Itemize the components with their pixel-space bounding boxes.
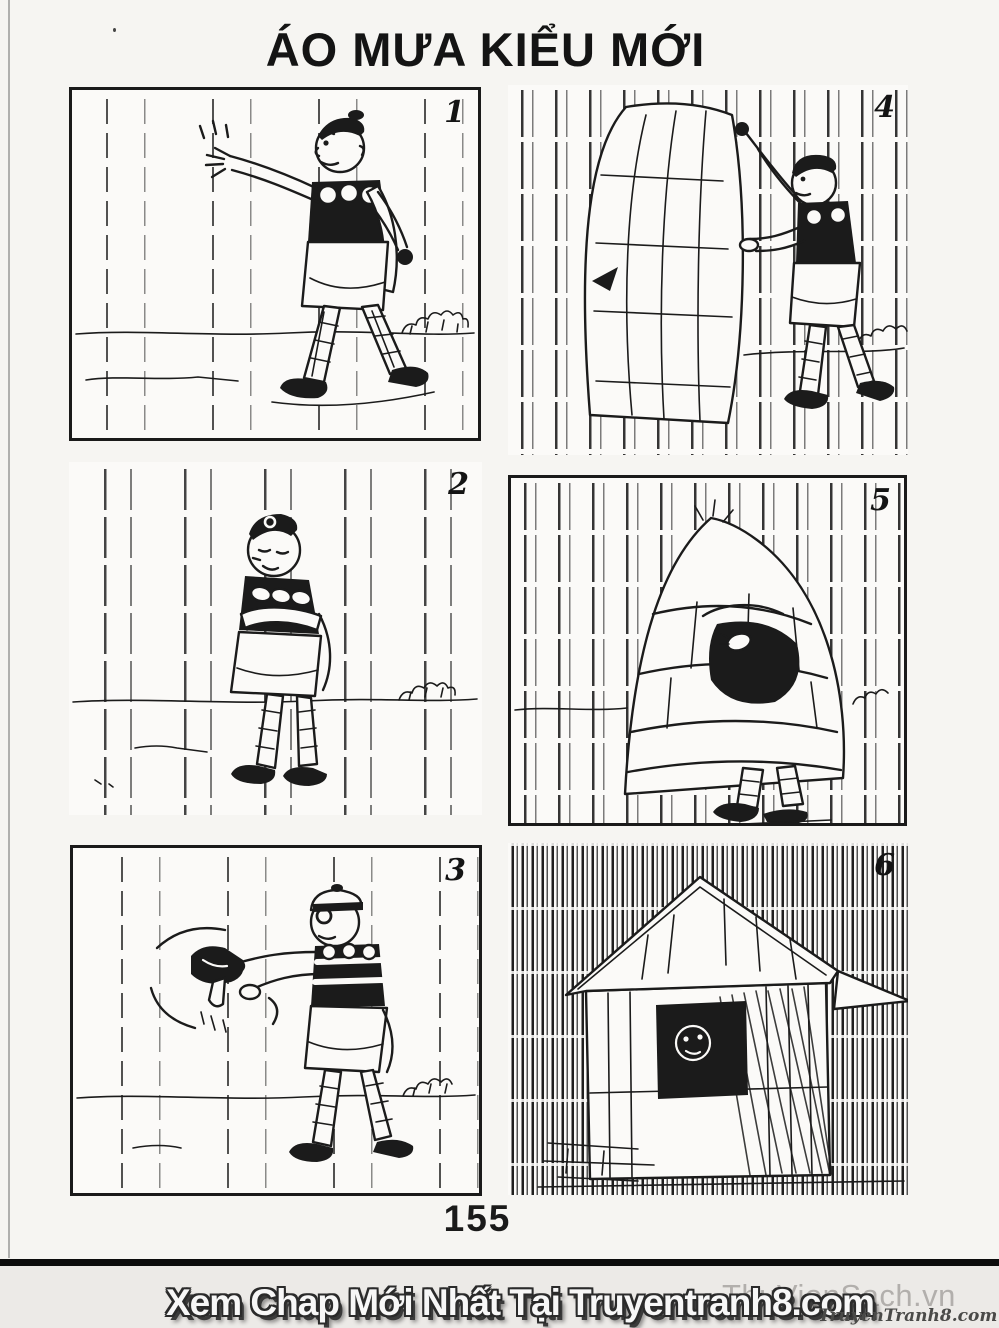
man-wringing-cap bbox=[151, 884, 413, 1162]
panel-number: 2 bbox=[448, 467, 469, 502]
woven-mat bbox=[585, 103, 743, 423]
comic-panel-1: 1 bbox=[69, 87, 481, 441]
panel-3-illustration bbox=[73, 848, 479, 1193]
motion-arc bbox=[151, 988, 195, 1028]
man-wrapped-in-mat bbox=[625, 500, 844, 794]
comic-panel-3: 3 bbox=[70, 845, 482, 1196]
raindrop-ticks bbox=[200, 121, 228, 138]
ground bbox=[77, 1079, 475, 1148]
promo-banner-link[interactable]: Xem Chap Mới Nhất Tại Truyentranh8.com bbox=[166, 1282, 874, 1324]
page-title: ÁO MƯA KIỂU MỚI bbox=[0, 22, 985, 77]
motion-arc bbox=[157, 928, 225, 948]
panel-number: 6 bbox=[874, 848, 895, 883]
comic-panel-4: 4 bbox=[508, 85, 908, 455]
footer-banner: Xem Chap Mới Nhất Tại Truyentranh8.com T… bbox=[0, 1266, 999, 1328]
divider-rule bbox=[0, 1259, 999, 1266]
comic-panel-6: 6 bbox=[508, 843, 908, 1195]
watermark-truyentranh8: TruyenTranh8.com bbox=[818, 1306, 997, 1326]
panel-6-illustration bbox=[508, 843, 908, 1195]
man-holding-mat bbox=[735, 122, 894, 409]
panel-1-illustration bbox=[72, 90, 478, 438]
scan-edge-line bbox=[8, 0, 10, 1258]
comic-page: ÁO MƯA KIỂU MỚI bbox=[0, 0, 999, 1328]
panel-4-illustration bbox=[508, 85, 908, 455]
drips bbox=[201, 1012, 226, 1032]
page-number: 155 bbox=[0, 1198, 977, 1240]
comic-panel-5: 5 bbox=[508, 475, 907, 826]
panel-number: 1 bbox=[444, 95, 465, 130]
panel-number: 4 bbox=[874, 90, 895, 125]
motion-arc bbox=[269, 998, 277, 1024]
panel-number: 5 bbox=[870, 483, 891, 518]
man-feeling-rain bbox=[200, 110, 434, 405]
comic-panel-2: 2 bbox=[69, 462, 482, 815]
man-soaked-hunched bbox=[231, 514, 330, 786]
panel-2-illustration bbox=[69, 462, 482, 815]
panel-5-illustration bbox=[511, 478, 904, 823]
panel-number: 3 bbox=[445, 853, 466, 888]
window-with-man bbox=[656, 1001, 748, 1099]
